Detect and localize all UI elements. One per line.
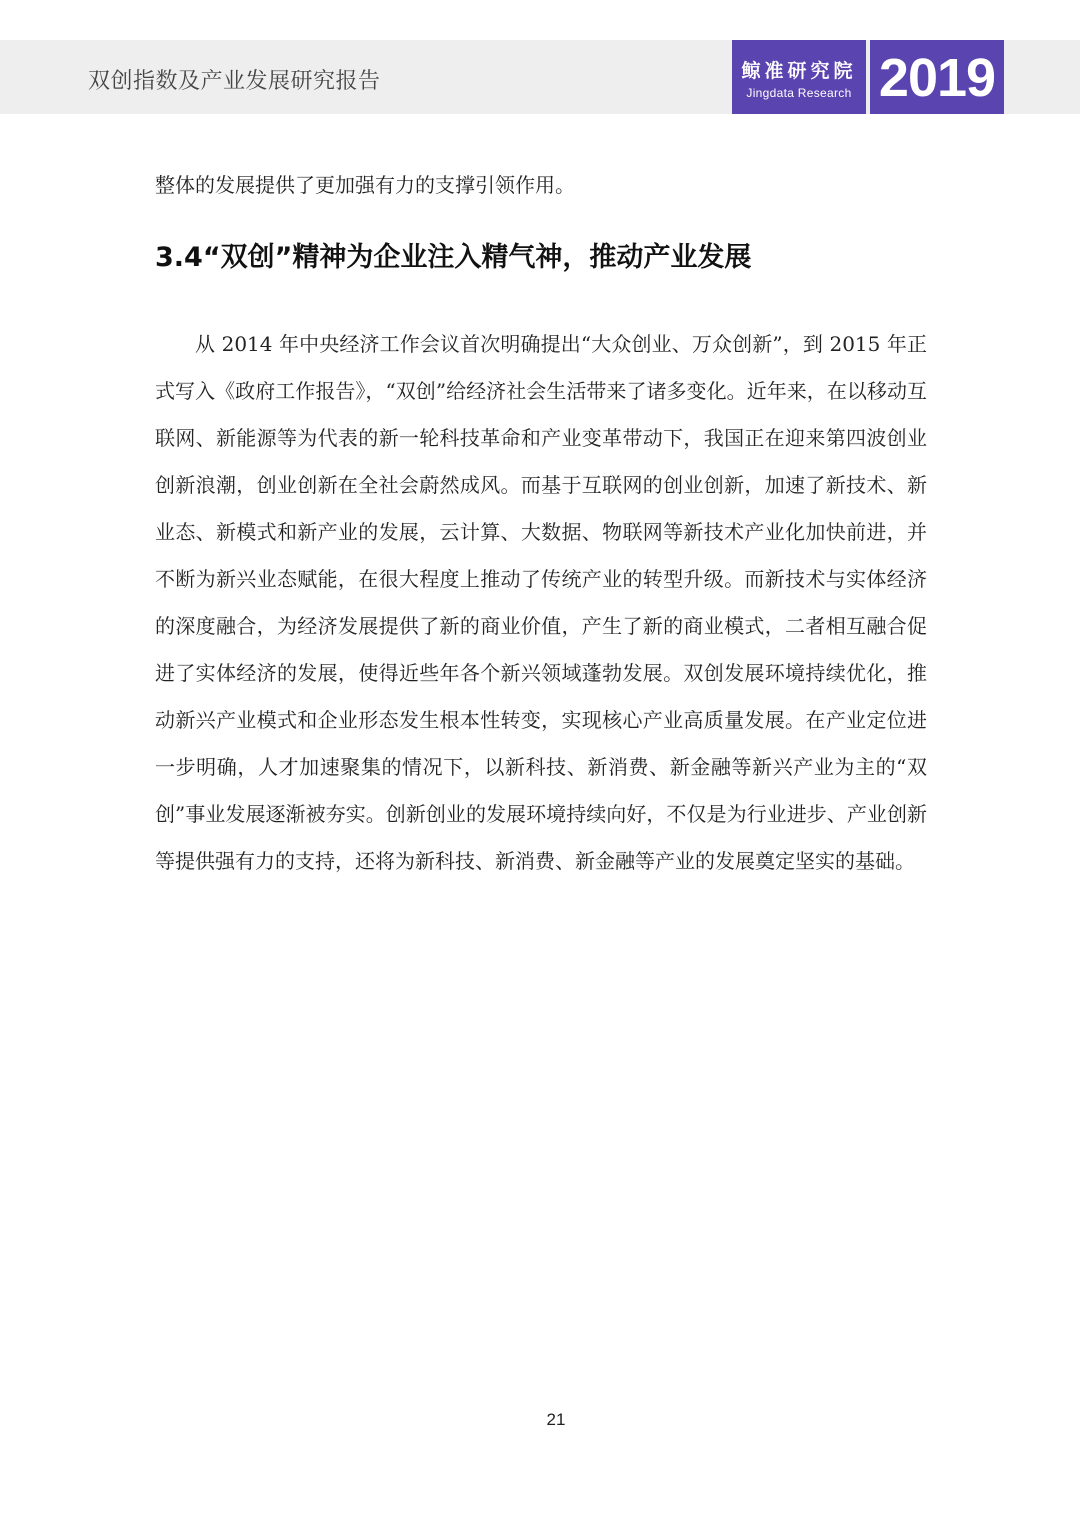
- year-badge: 2019: [870, 40, 1004, 114]
- lead-line-text: 整体的发展提供了更加强有力的支撑引领作用。: [155, 170, 927, 200]
- brand-logo: 鲸准研究院 Jingdata Research: [732, 40, 866, 114]
- year-text: 2019: [870, 47, 1004, 109]
- section-heading: 3.4“双创”精神为企业注入精气神，推动产业发展: [155, 238, 927, 278]
- brand-name-en: Jingdata Research: [732, 86, 866, 100]
- report-title: 双创指数及产业发展研究报告: [88, 64, 381, 95]
- body-paragraph: 从 2014 年中央经济工作会议首次明确提出“大众创业、万众创新”，到 2015…: [155, 321, 927, 885]
- brand-name-cn: 鲸准研究院: [732, 56, 866, 83]
- page-number: 21: [0, 1410, 1080, 1430]
